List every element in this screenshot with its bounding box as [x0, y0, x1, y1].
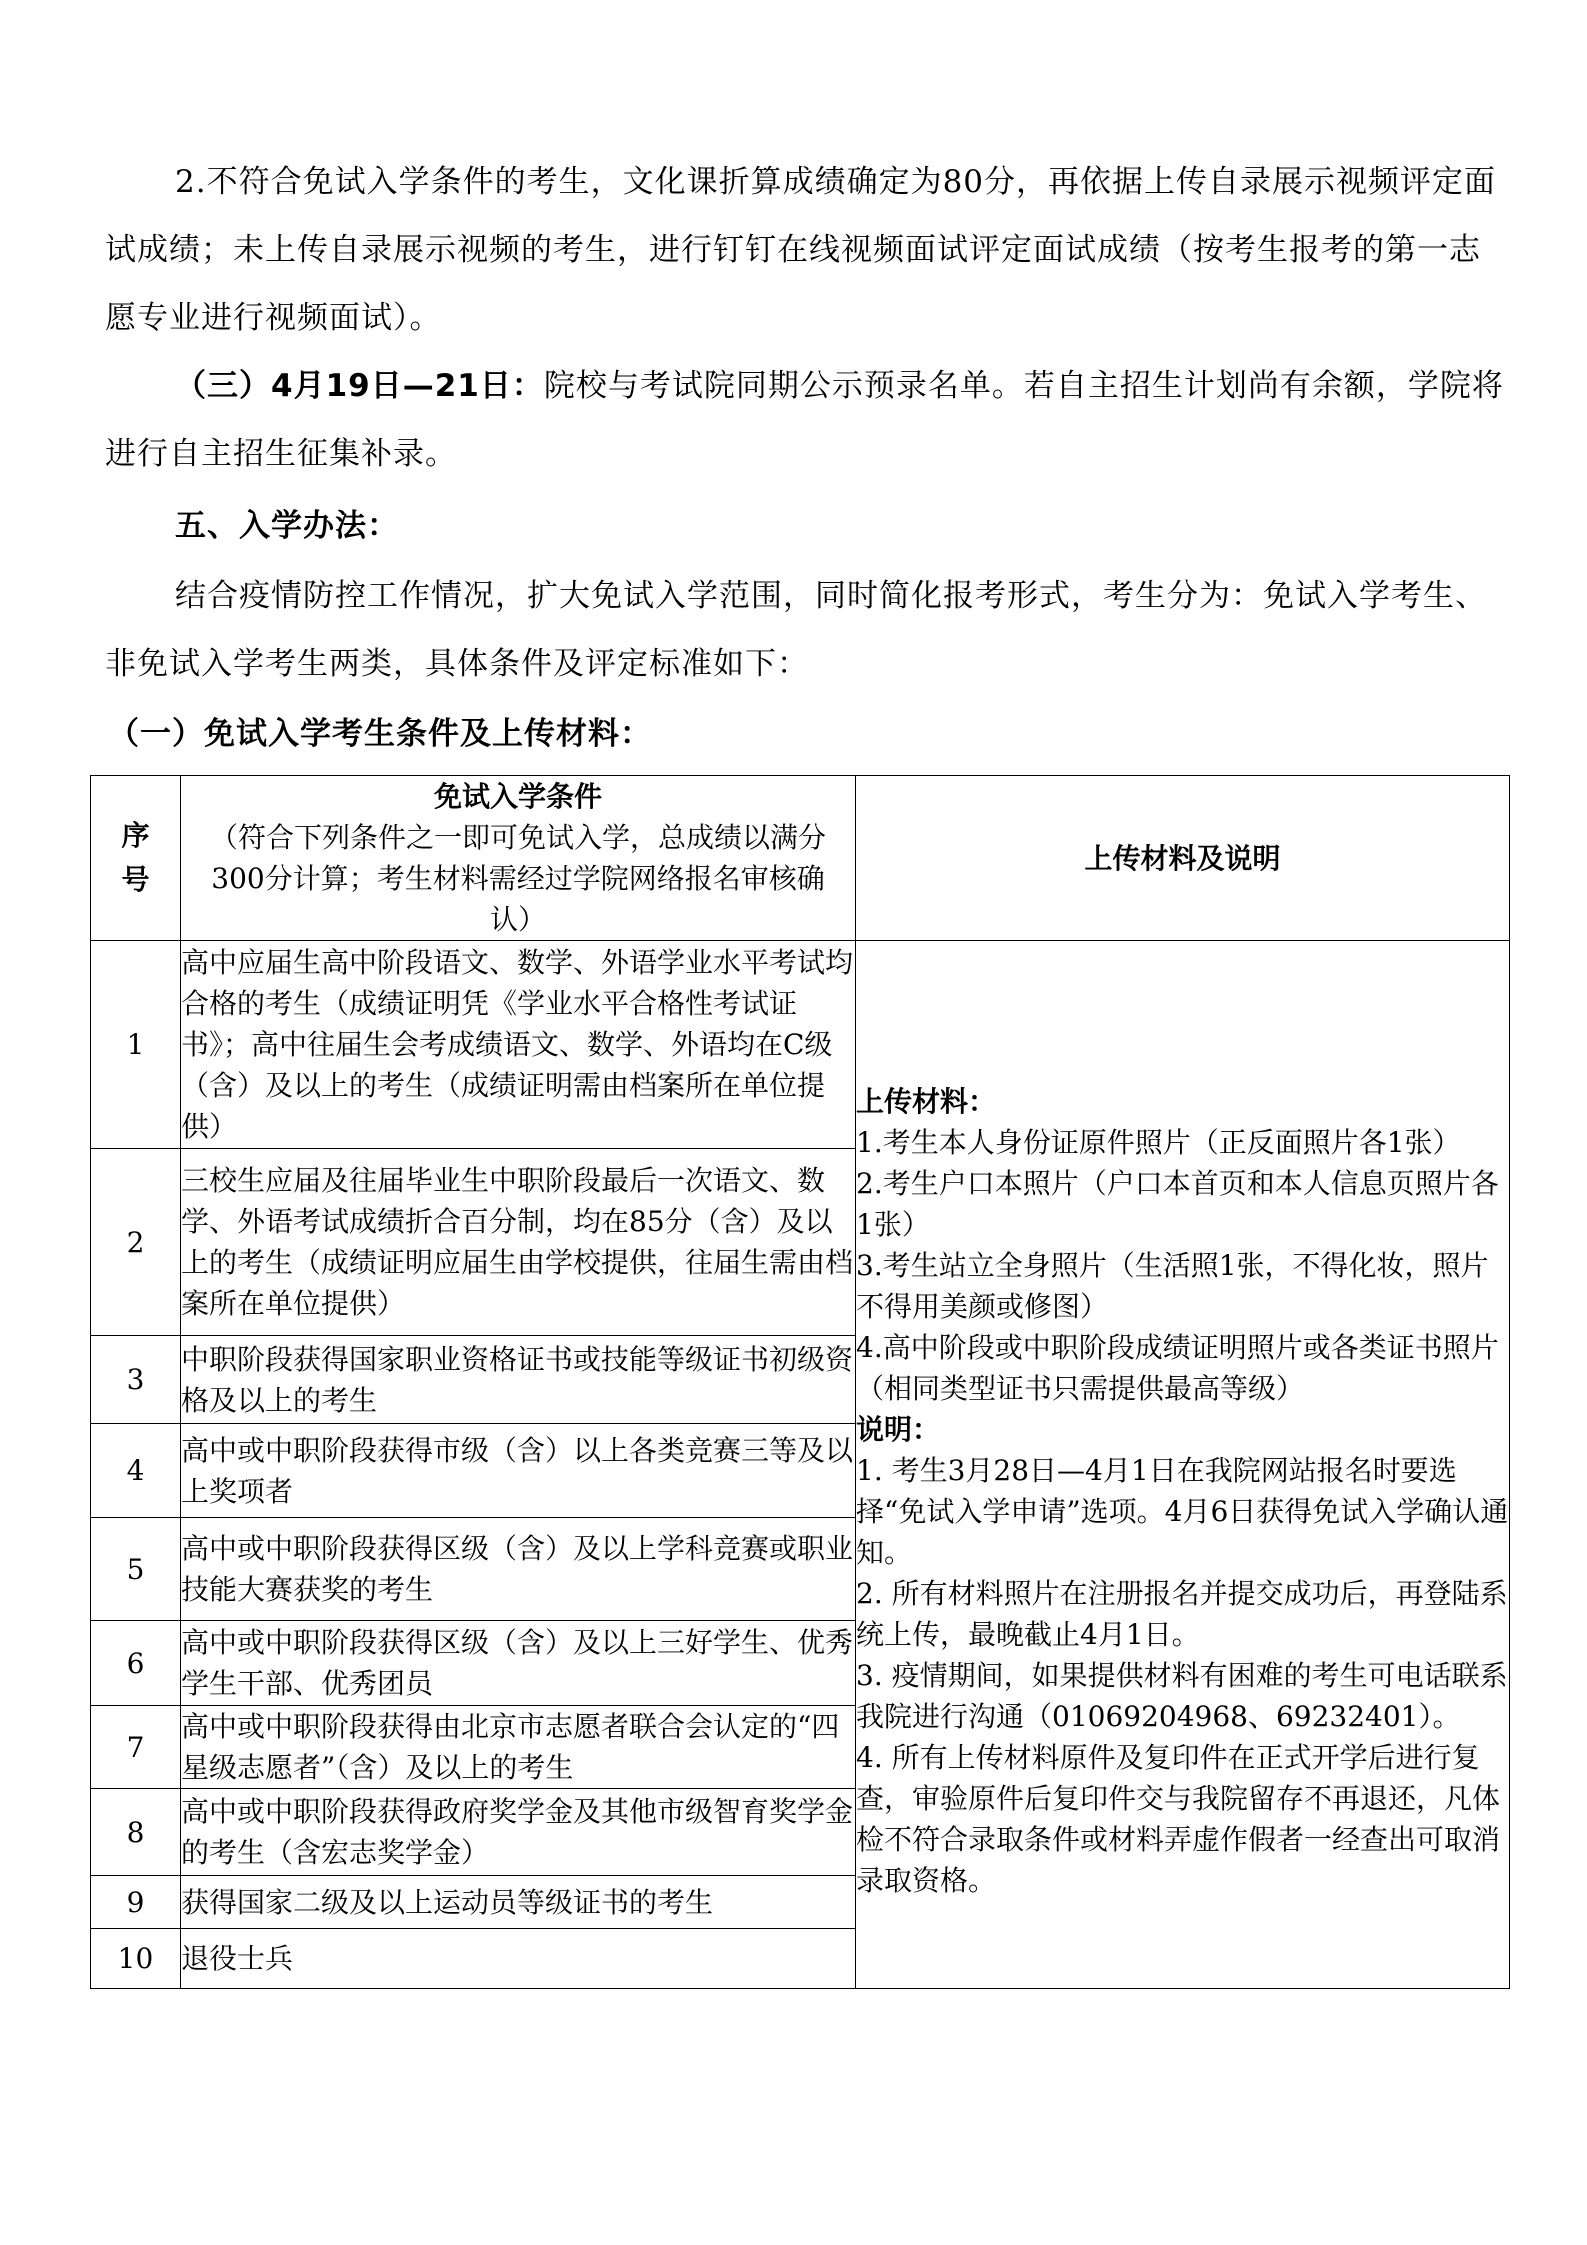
- row-number: 3: [91, 1336, 181, 1424]
- row-condition: 中职阶段获得国家职业资格证书或技能等级证书初级资格及以上的考生: [181, 1336, 856, 1424]
- upload-materials-heading: 上传材料：: [856, 1081, 1509, 1122]
- row-number: 10: [91, 1929, 181, 1989]
- row-number: 1: [91, 941, 181, 1149]
- row-number: 5: [91, 1518, 181, 1621]
- upload-item: 4.高中阶段或中职阶段成绩证明照片或各类证书照片（相同类型证书只需提供最高等级）: [856, 1327, 1509, 1409]
- section-heading-admission-method: 五、入学办法：: [175, 492, 399, 560]
- row-number: 9: [91, 1876, 181, 1929]
- table-header-row: 序号 免试入学条件 （符合下列条件之一即可免试入学，总成绩以满分300分计算；考…: [91, 776, 1510, 941]
- row-number: 7: [91, 1706, 181, 1789]
- upload-item: 1.考生本人身份证原件照片（正反面照片各1张）: [856, 1122, 1509, 1163]
- row-condition: 高中应届生高中阶段语文、数学、外语学业水平考试均合格的考生（成绩证明凭《学业水平…: [181, 941, 856, 1149]
- upload-item: 3.考生站立全身照片（生活照1张，不得化妆，照片不得用美颜或修图）: [856, 1245, 1509, 1327]
- header-number: 序号: [91, 776, 181, 941]
- row-condition: 高中或中职阶段获得区级（含）及以上学科竞赛或职业技能大赛获奖的考生: [181, 1518, 856, 1621]
- exempt-admission-table: 序号 免试入学条件 （符合下列条件之一即可免试入学，总成绩以满分300分计算；考…: [90, 775, 1510, 1989]
- upload-item: 2.考生户口本照片（户口本首页和本人信息页照片各1张）: [856, 1163, 1509, 1245]
- table-row: 1 高中应届生高中阶段语文、数学、外语学业水平考试均合格的考生（成绩证明凭《学业…: [91, 941, 1510, 1149]
- row-number: 8: [91, 1789, 181, 1876]
- row-condition: 高中或中职阶段获得政府奖学金及其他市级智育奖学金的考生（含宏志奖学金）: [181, 1789, 856, 1876]
- note-item: 2. 所有材料照片在注册报名并提交成功后，再登陆系统上传，最晚截止4月1日。: [856, 1573, 1509, 1655]
- materials-and-notes-cell: 上传材料： 1.考生本人身份证原件照片（正反面照片各1张） 2.考生户口本照片（…: [856, 941, 1510, 1989]
- paragraph-admission-overview: 结合疫情防控工作情况，扩大免试入学范围，同时简化报考形式，考生分为：免试入学考生…: [105, 562, 1505, 698]
- note-item: 3. 疫情期间，如果提供材料有困难的考生可电话联系我院进行沟通（01069204…: [856, 1655, 1509, 1737]
- row-number: 6: [91, 1621, 181, 1706]
- paragraph-public-announcement: （三）4月19日—21日：院校与考试院同期公示预录名单。若自主招生计划尚有余额，…: [105, 352, 1505, 488]
- row-condition: 高中或中职阶段获得由北京市志愿者联合会认定的“四星级志愿者”（含）及以上的考生: [181, 1706, 856, 1789]
- header-materials: 上传材料及说明: [856, 776, 1510, 941]
- row-condition: 三校生应届及往届毕业生中职阶段最后一次语文、数学、外语考试成绩折合百分制，均在8…: [181, 1149, 856, 1336]
- paragraph-non-exempt-scoring: 2.不符合免试入学条件的考生，文化课折算成绩确定为80分，再依据上传自录展示视频…: [105, 148, 1505, 352]
- row-condition: 获得国家二级及以上运动员等级证书的考生: [181, 1876, 856, 1929]
- note-item: 4. 所有上传材料原件及复印件在正式开学后进行复查，审验原件后复印件交与我院留存…: [856, 1737, 1509, 1901]
- notes-heading: 说明：: [856, 1409, 1509, 1450]
- subsection-heading-exempt-conditions: （一）免试入学考生条件及上传材料：: [108, 700, 652, 768]
- row-condition: 高中或中职阶段获得区级（含）及以上三好学生、优秀学生干部、优秀团员: [181, 1621, 856, 1706]
- header-conditions: 免试入学条件 （符合下列条件之一即可免试入学，总成绩以满分300分计算；考生材料…: [181, 776, 856, 941]
- note-item: 1. 考生3月28日—4月1日在我院网站报名时要选择“免试入学申请”选项。4月6…: [856, 1450, 1509, 1573]
- row-number: 4: [91, 1424, 181, 1518]
- announcement-date-label: （三）4月19日—21日：: [175, 368, 544, 404]
- header-conditions-title: 免试入学条件: [181, 776, 855, 817]
- row-condition: 退役士兵: [181, 1929, 856, 1989]
- header-conditions-subtitle: （符合下列条件之一即可免试入学，总成绩以满分300分计算；考生材料需经过学院网络…: [181, 817, 855, 940]
- row-condition: 高中或中职阶段获得市级（含）以上各类竞赛三等及以上奖项者: [181, 1424, 856, 1518]
- row-number: 2: [91, 1149, 181, 1336]
